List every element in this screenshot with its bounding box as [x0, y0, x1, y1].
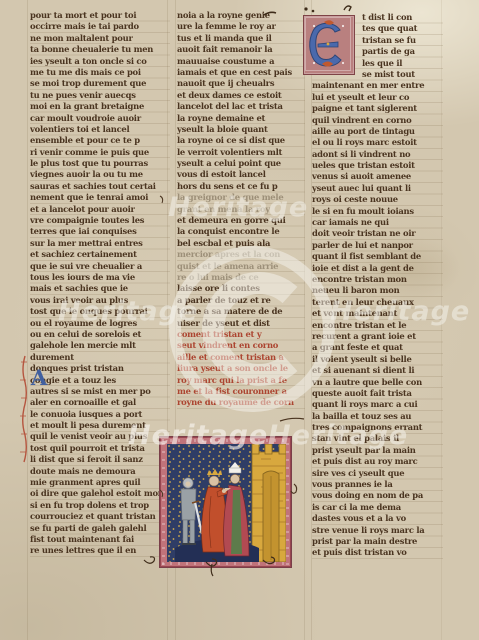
text-line: maintenant en mer entre: [312, 80, 443, 91]
text-line: yseut auec lui quant li: [312, 183, 443, 194]
text-line: ioie et dist a la gent de: [312, 263, 443, 274]
text-line: volentiers toi et lancel: [30, 124, 170, 135]
text-line: la greignor de que mele: [177, 192, 305, 203]
text-line: quil vindrent en corno: [312, 115, 443, 126]
text-line: encontre tristan mon: [312, 274, 443, 285]
text-line: ta bonne cheualerie tu men: [30, 44, 170, 55]
text-line: fist tout maintenant fai: [30, 534, 170, 545]
text-line: durement: [30, 352, 170, 363]
text-line: tu ne pues venir auecqs: [30, 90, 170, 101]
text-line: encontre tristan et le: [312, 320, 443, 331]
text-line: prist par la main destre: [312, 536, 443, 547]
text-line: yseult a celui point que: [177, 158, 305, 169]
text-line: torne a sa matere de de: [177, 306, 305, 317]
text-line: il voient yseult si belle: [312, 354, 443, 365]
text-line: a parler de touz et re: [177, 295, 305, 306]
text-line: roy marc qui la prist a fe: [177, 375, 305, 386]
text-line: doit veoir tristan ne oir: [312, 228, 443, 239]
text-line: aille au port de tintagu: [312, 126, 443, 137]
text-line: ou el royaume de logres: [30, 318, 170, 329]
text-line: et a lancelot pour auoir: [30, 204, 170, 215]
text-line: si en fu trop dolens et trop: [30, 500, 170, 511]
text-line: me et la fist couronner a: [177, 386, 305, 397]
text-line: re unes lettres que il en: [30, 545, 170, 556]
text-line: liura yseut a son oncle le: [177, 363, 305, 374]
text-line: lui et yseult et leur co: [312, 92, 443, 103]
text-line: terent en leur cheuaux: [312, 297, 443, 308]
text-line: courrouciez et quant tristan: [30, 511, 170, 522]
text-line: vn a lautre que belle con: [312, 377, 443, 388]
text-line: ne mon maltalent pour: [30, 33, 170, 44]
text-line: stan vint el palais il: [312, 433, 443, 444]
text-line: le si en fu moult ioians: [312, 206, 443, 217]
text-line: paigne et tant siglerent: [312, 103, 443, 114]
miniature-frame: [159, 436, 292, 568]
text-line: yseult la bloie quant: [177, 124, 305, 135]
text-line: ueles que tristan estoit: [312, 160, 443, 171]
text-line: et sachiez certainement: [30, 249, 170, 260]
text-line: tous les iours de ma vie: [30, 272, 170, 283]
text-line: dastes vous et a la vo: [312, 513, 443, 524]
text-line: tus et li manda que il: [177, 33, 305, 44]
text-line: aille et coment tristan a: [177, 352, 305, 363]
initial-e-artwork: [304, 16, 352, 72]
text-line: adont si li vindrent no: [312, 149, 443, 160]
text-line: se moi trop durement que: [30, 78, 170, 89]
text-line: li dist que si feroit il sanz: [30, 454, 170, 465]
text-line: et puis dist au roy marc: [312, 456, 443, 467]
text-line: grant en mena la roy: [177, 204, 305, 215]
text-line: sur la mer mettrai entres: [30, 238, 170, 249]
text-line: se fu parti de galeh galehl: [30, 523, 170, 534]
text-line: mauuaise coustume a: [177, 56, 305, 67]
text-line: ri venir comme ie puis que: [30, 147, 170, 158]
text-line: quist et le amena arrie: [177, 261, 305, 272]
text-line: ou en celui de sorelois et: [30, 329, 170, 340]
text-line: ensemble et pour ce te p: [30, 135, 170, 146]
text-line: car moult voudroie auoir: [30, 113, 170, 124]
text-line: vous irai veoir au plus: [30, 295, 170, 306]
text-line: roys oi ceste nouue: [312, 194, 443, 205]
text-line: et puis dist tristan vo: [312, 547, 443, 558]
text-line: que ie sui vre cheualier a: [30, 261, 170, 272]
text-line: tost quil pourroit et trista: [30, 443, 170, 454]
text-line: la bailla et touz ses au: [312, 411, 443, 422]
text-line: hors du sens et ce fu p: [177, 181, 305, 192]
text-line: le conuoia iusques a port: [30, 409, 170, 420]
manuscript-page: pour ta mort et pour toioccirre mais ie …: [0, 0, 479, 640]
text-line: sauras et sachies tout certai: [30, 181, 170, 192]
text-line: quil le venist veoir au plus: [30, 431, 170, 442]
text-line: et moult li pesa durement: [30, 420, 170, 431]
text-line: uiser de yseut et dist: [177, 318, 305, 329]
text-line: laisse ore li contes: [177, 283, 305, 294]
text-line: le verroit volentiers mlt: [177, 147, 305, 158]
text-line: congie et a touz les: [30, 375, 170, 386]
text-line: parler de lui et nanpor: [312, 240, 443, 251]
text-line: lancelot del lac et trista: [177, 101, 305, 112]
text-line: me tu me dis mais ce poi: [30, 67, 170, 78]
text-line: mais et sachies que ie: [30, 283, 170, 294]
text-line: la royne oi ce si dist que: [177, 135, 305, 146]
text-line: auoit fait remanoir la: [177, 44, 305, 55]
text-line: car iamais ne qui: [312, 217, 443, 228]
text-line: le plus tost que tu pourras: [30, 158, 170, 169]
text-line: et si auenant si dient li: [312, 365, 443, 376]
text-line: seut vindrent en corno: [177, 340, 305, 351]
text-line: queste auoit fait trista: [312, 388, 443, 399]
text-line: pour ta mort et pour toi: [30, 10, 170, 21]
text-line: bel escbal et puis ala: [177, 238, 305, 249]
text-line: nauoit que ij cheualrs: [177, 78, 305, 89]
text-line: noia a la royne genie: [177, 10, 305, 21]
text-line: re o lui mais de ce: [177, 272, 305, 283]
text-line: terres que iai conquises: [30, 226, 170, 237]
text-column-middle: noia a la royne genieure la femme le roy…: [177, 10, 305, 414]
text-line: vous doing en nom de pa: [312, 490, 443, 501]
text-line: mercior apres et la con: [177, 249, 305, 260]
text-line: el ou li roys marc estoit: [312, 137, 443, 148]
text-line: iamais et que en cest pais: [177, 67, 305, 78]
text-line: viegnes auoir la ou tu me: [30, 169, 170, 180]
illuminated-initial-e: [303, 15, 355, 75]
text-line: a grant feste et quat: [312, 342, 443, 353]
text-line: tres compaignons errant: [312, 422, 443, 433]
castle-tower: [252, 444, 286, 562]
text-line: la conquist encontre le: [177, 226, 305, 237]
text-line: nement que ie tenrai amoi: [30, 192, 170, 203]
text-line: moi en la grant bretaigne: [30, 101, 170, 112]
text-line: vous prannes ie la: [312, 479, 443, 490]
text-line: recurent a grant ioie et: [312, 331, 443, 342]
text-line: coment tristan et y: [177, 329, 305, 340]
penwork-initial-a: A: [27, 366, 51, 392]
text-line: vre compaignie toutes les: [30, 215, 170, 226]
text-line: et deux dames ce estoit: [177, 90, 305, 101]
text-line: ies yseult a ton oncle si co: [30, 56, 170, 67]
text-line: venus si auoit amenee: [312, 171, 443, 182]
text-line: is car ci la me dema: [312, 502, 443, 513]
text-line: autres si se mist en mer po: [30, 386, 170, 397]
text-line: donques prist tristan: [30, 363, 170, 374]
text-line: royne du royaume de corn: [177, 397, 305, 408]
text-line: la royne demaine et: [177, 113, 305, 124]
text-line: doute mais ne demoura: [30, 466, 170, 477]
text-line: oi dire que galehol estoit mor: [30, 488, 170, 499]
text-line: quant li roys marc a cui: [312, 399, 443, 410]
text-column-right: t dist li contes que quattristan se fupa…: [312, 12, 443, 562]
text-line: tost que ie onques pourrai: [30, 306, 170, 317]
text-line: quant il fist semblant de: [312, 251, 443, 262]
text-line: vous di estoit lancel: [177, 169, 305, 180]
text-line: prist yseult par la main: [312, 445, 443, 456]
ruling-line: [27, 0, 28, 640]
text-line: sire ves ci yseult que: [312, 468, 443, 479]
text-line: galehole len mercie mlt: [30, 340, 170, 351]
text-line: neueu li baron mon: [312, 285, 443, 296]
text-line: ure la femme le roy ar: [177, 21, 305, 32]
text-line: et demeura en gorre qui: [177, 215, 305, 226]
text-line: stre venue li roys marc la: [312, 525, 443, 536]
text-column-left: pour ta mort et pour toioccirre mais ie …: [30, 10, 170, 562]
text-line: et vont maintenant: [312, 308, 443, 319]
text-line: mie granment apres quil: [30, 477, 170, 488]
miniature-scene: [167, 444, 286, 562]
text-line: occirre mais ie tai pardo: [30, 21, 170, 32]
text-line: aler en cornoaille et gal: [30, 397, 170, 408]
